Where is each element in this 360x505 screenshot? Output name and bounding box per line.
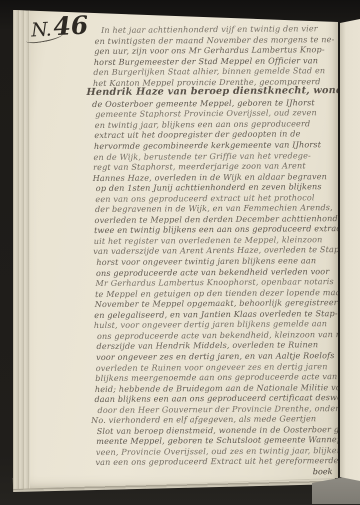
photograph-background: N.46 In het jaar achttienhonderd vijf en… <box>0 0 360 505</box>
record-number: N.46 <box>30 11 89 43</box>
manuscript-line: van een ons geproduceerd Extract uit het… <box>95 455 346 468</box>
adjacent-page-edge <box>340 19 360 481</box>
catchword: boek <box>96 466 346 479</box>
page-stack-left-edge <box>13 8 30 490</box>
manuscript-text-block: In het jaar achttienhonderd vijf en twin… <box>93 23 347 478</box>
register-page: N.46 In het jaar achttienhonderd vijf en… <box>13 8 338 490</box>
